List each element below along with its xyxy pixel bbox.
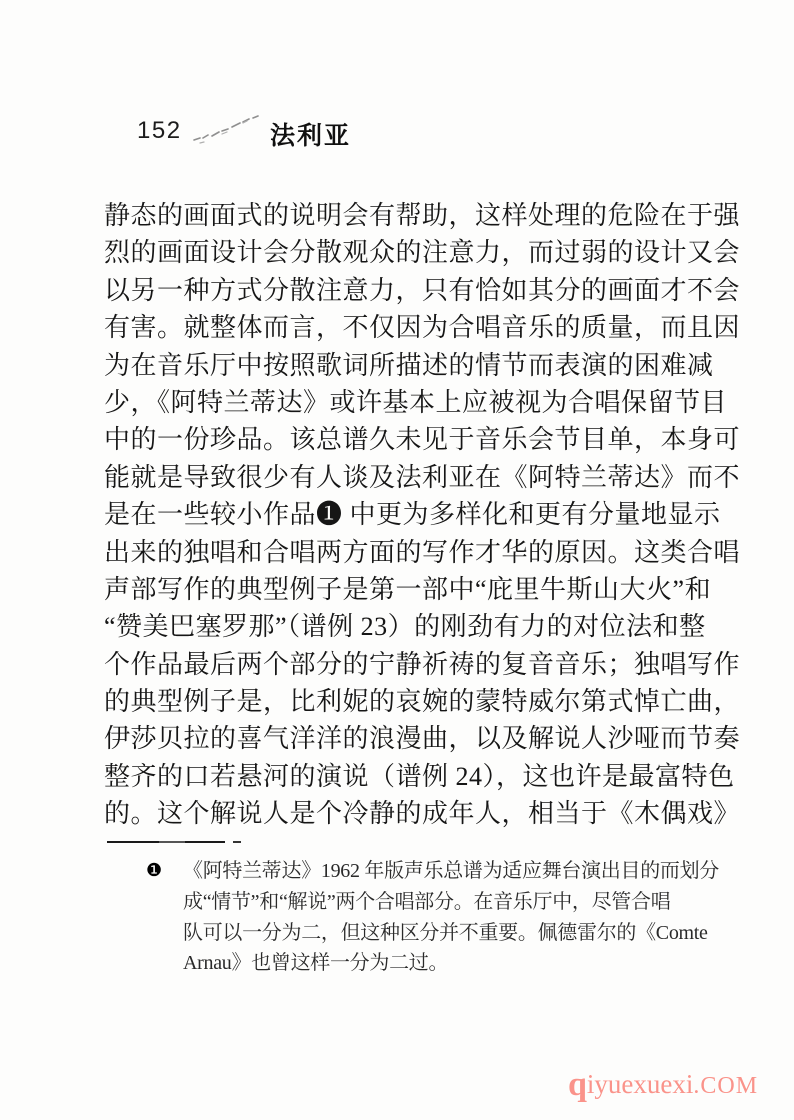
body-text-line: 能就是导致很少有人谈及法利亚在《阿特兰蒂达》而不 xyxy=(104,459,704,496)
footnote-marker-icon: ❶ xyxy=(146,860,162,881)
body-text-line: 静态的画面式的说明会有帮助，这样处理的危险在于强 xyxy=(104,197,704,234)
running-title: 法利亚 xyxy=(270,116,351,152)
footnote-line: Arnau》也曾这样一分为二过。 xyxy=(183,948,702,979)
footnote-line: 《阿特兰蒂达》1962 年版声乐总谱为适应舞台演出目的而划分 xyxy=(183,856,702,887)
footnote-line: 成“情节”和“解说”两个合唱部分。在音乐厅中，尽管合唱 xyxy=(183,887,702,918)
body-text-line: 的典型例子是，比利妮的哀婉的蒙特威尔第式悼亡曲， xyxy=(104,683,704,720)
body-text-line: 整齐的口若悬河的演说（谱例 24），这也许是最富特色 xyxy=(104,758,704,795)
pencil-scribble-mark xyxy=(190,110,266,146)
footnote-text: 《阿特兰蒂达》1962 年版声乐总谱为适应舞台演出目的而划分 成“情节”和“解说… xyxy=(183,856,702,979)
book-page: 152 法利亚 静态的画面式的说明会有帮助，这样处理的危险在于强 烈的画面设计会… xyxy=(0,0,794,1120)
body-text-line: 个作品最后两个部分的宁静祈祷的复音音乐；独唱写作 xyxy=(104,646,704,683)
body-text-line: 中的一份珍品。该总谱久未见于音乐会节目单，本身可 xyxy=(104,421,704,458)
watermark-tld: .COM xyxy=(693,1073,758,1099)
body-text-line: 声部写作的典型例子是第一部中“庇里牛斯山大火”和 xyxy=(104,571,704,608)
footnote-line: 队可以一分为二，但这种区分并不重要。佩德雷尔的《Comte xyxy=(183,918,702,949)
footnote-block: ❶ 《阿特兰蒂达》1962 年版声乐总谱为适应舞台演出目的而划分 成“情节”和“… xyxy=(146,856,702,979)
footnote-separator-rule xyxy=(107,841,249,843)
body-text-line-with-footnote-ref: 是在一些较小作品❶ 中更为多样化和更有分量地显示 xyxy=(104,496,704,533)
body-text-line: 伊莎贝拉的喜气洋洋的浪漫曲，以及解说人沙哑而节奏 xyxy=(104,720,704,757)
body-text-line: 有害。就整体而言，不仅因为合唱音乐的质量，而且因 xyxy=(104,309,704,346)
body-text-line: 的。这个解说人是个冷静的成年人，相当于《木偶戏》 xyxy=(104,795,704,832)
body-text-line: “赞美巴塞罗那”（谱例 23）的刚劲有力的对位法和整 xyxy=(104,608,704,645)
watermark-q: q xyxy=(568,1066,587,1103)
body-text-line: 少，《阿特兰蒂达》或许基本上应被视为合唱保留节目 xyxy=(104,384,704,421)
body-text-line: 以另一种方式分散注意力，只有恰如其分的画面才不会 xyxy=(104,272,704,309)
body-text-line: 出来的独唱和合唱两方面的写作才华的原因。这类合唱 xyxy=(104,534,704,571)
watermark-domain: iyuexuexi xyxy=(587,1069,693,1099)
site-watermark: qiyuexuexi.COM xyxy=(568,1066,758,1104)
body-text-block: 静态的画面式的说明会有帮助，这样处理的危险在于强 烈的画面设计会分散观众的注意力… xyxy=(104,197,704,833)
body-text-line: 为在音乐厅中按照歌词所描述的情节而表演的困难减 xyxy=(104,347,704,384)
body-text-line: 烈的画面设计会分散观众的注意力，而过弱的设计又会 xyxy=(104,234,704,271)
page-number: 152 xyxy=(137,117,182,145)
